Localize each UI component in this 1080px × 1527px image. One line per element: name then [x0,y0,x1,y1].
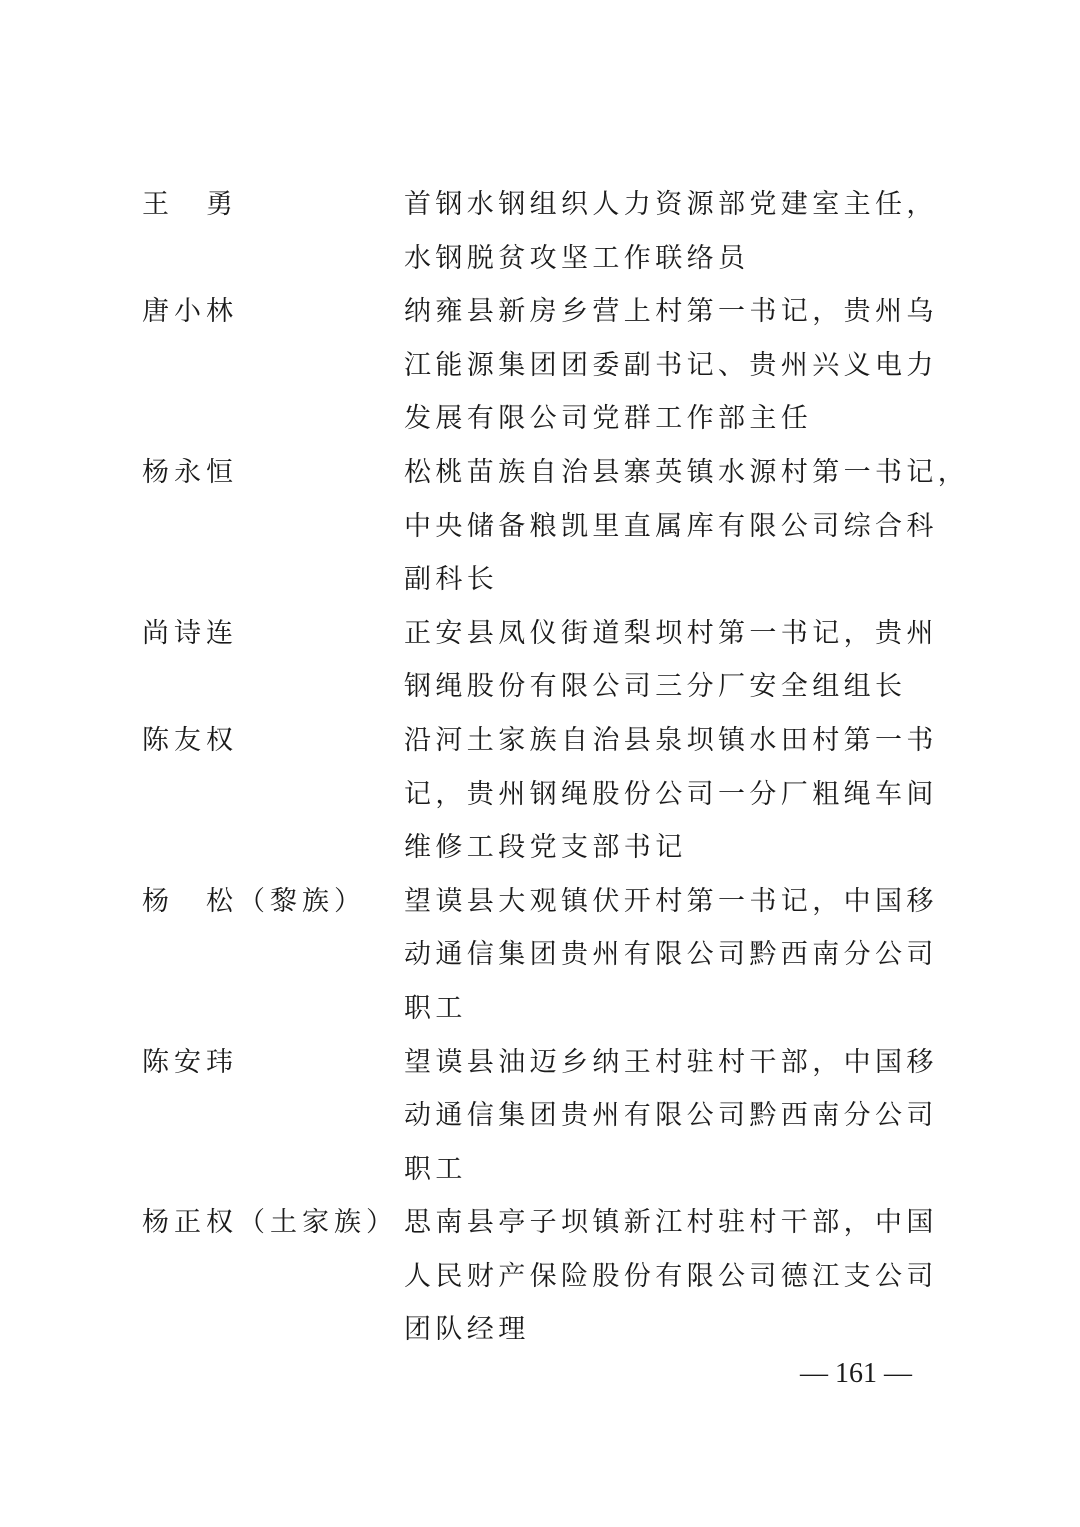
list-item: 杨永恒 松桃苗族自治县寨英镇水源村第一书记， 中央储备粮凯里直属库有限公司综合科… [142,446,942,607]
list-item: 陈安玮 望谟县油迈乡纳王村驻村干部，中国移 动通信集团贵州有限公司黔西南分公司 … [142,1036,942,1197]
page-number: — 161 — [800,1358,912,1390]
person-name: 杨 松（黎族） [142,875,404,929]
person-position: 松桃苗族自治县寨英镇水源村第一书记， 中央储备粮凯里直属库有限公司综合科 副科长 [404,446,944,607]
person-name: 杨永恒 [142,446,404,500]
position-line: 正安县凤仪街道梨坝村第一书记，贵州 [404,607,944,661]
position-line: 维修工段党支部书记 [404,821,944,875]
person-position: 纳雍县新房乡营上村第一书记，贵州乌 江能源集团团委副书记、贵州兴义电力 发展有限… [404,285,944,446]
position-line: 中央储备粮凯里直属库有限公司综合科 [404,500,944,554]
person-position: 思南县亭子坝镇新江村驻村干部，中国 人民财产保险股份有限公司德江支公司 团队经理 [404,1196,944,1357]
document-page: 王 勇 首钢水钢组织人力资源部党建室主任， 水钢脱贫攻坚工作联络员 唐小林 纳雍… [0,0,1080,1527]
person-position: 望谟县大观镇伏开村第一书记，中国移 动通信集团贵州有限公司黔西南分公司 职工 [404,875,944,1036]
position-line: 思南县亭子坝镇新江村驻村干部，中国 [404,1196,944,1250]
position-line: 职工 [404,1143,944,1197]
person-name: 尚诗连 [142,607,404,661]
position-line: 发展有限公司党群工作部主任 [404,392,944,446]
position-line: 首钢水钢组织人力资源部党建室主任， [404,178,944,232]
position-line: 记，贵州钢绳股份公司一分厂粗绳车间 [404,768,944,822]
list-item: 陈友权 沿河土家族自治县泉坝镇水田村第一书 记，贵州钢绳股份公司一分厂粗绳车间 … [142,714,942,875]
position-line: 动通信集团贵州有限公司黔西南分公司 [404,928,944,982]
position-line: 钢绳股份有限公司三分厂安全组组长 [404,660,944,714]
list-item: 尚诗连 正安县凤仪街道梨坝村第一书记，贵州 钢绳股份有限公司三分厂安全组组长 [142,607,942,714]
person-name: 陈安玮 [142,1036,404,1090]
position-line: 纳雍县新房乡营上村第一书记，贵州乌 [404,285,944,339]
person-position: 沿河土家族自治县泉坝镇水田村第一书 记，贵州钢绳股份公司一分厂粗绳车间 维修工段… [404,714,944,875]
position-line: 副科长 [404,553,944,607]
person-name: 王 勇 [142,178,404,232]
person-position: 正安县凤仪街道梨坝村第一书记，贵州 钢绳股份有限公司三分厂安全组组长 [404,607,944,714]
entry-list: 王 勇 首钢水钢组织人力资源部党建室主任， 水钢脱贫攻坚工作联络员 唐小林 纳雍… [142,178,942,1357]
person-position: 望谟县油迈乡纳王村驻村干部，中国移 动通信集团贵州有限公司黔西南分公司 职工 [404,1036,944,1197]
position-line: 人民财产保险股份有限公司德江支公司 [404,1250,944,1304]
position-line: 望谟县油迈乡纳王村驻村干部，中国移 [404,1036,944,1090]
person-name: 杨正权（土家族） [142,1196,404,1250]
position-line: 水钢脱贫攻坚工作联络员 [404,232,944,286]
person-name: 唐小林 [142,285,404,339]
position-line: 沿河土家族自治县泉坝镇水田村第一书 [404,714,944,768]
person-name: 陈友权 [142,714,404,768]
position-line: 动通信集团贵州有限公司黔西南分公司 [404,1089,944,1143]
position-line: 团队经理 [404,1303,944,1357]
position-line: 江能源集团团委副书记、贵州兴义电力 [404,339,944,393]
person-position: 首钢水钢组织人力资源部党建室主任， 水钢脱贫攻坚工作联络员 [404,178,944,285]
position-line: 职工 [404,982,944,1036]
list-item: 杨正权（土家族） 思南县亭子坝镇新江村驻村干部，中国 人民财产保险股份有限公司德… [142,1196,942,1357]
position-line: 望谟县大观镇伏开村第一书记，中国移 [404,875,944,929]
position-line: 松桃苗族自治县寨英镇水源村第一书记， [404,446,944,500]
list-item: 唐小林 纳雍县新房乡营上村第一书记，贵州乌 江能源集团团委副书记、贵州兴义电力 … [142,285,942,446]
list-item: 王 勇 首钢水钢组织人力资源部党建室主任， 水钢脱贫攻坚工作联络员 [142,178,942,285]
list-item: 杨 松（黎族） 望谟县大观镇伏开村第一书记，中国移 动通信集团贵州有限公司黔西南… [142,875,942,1036]
